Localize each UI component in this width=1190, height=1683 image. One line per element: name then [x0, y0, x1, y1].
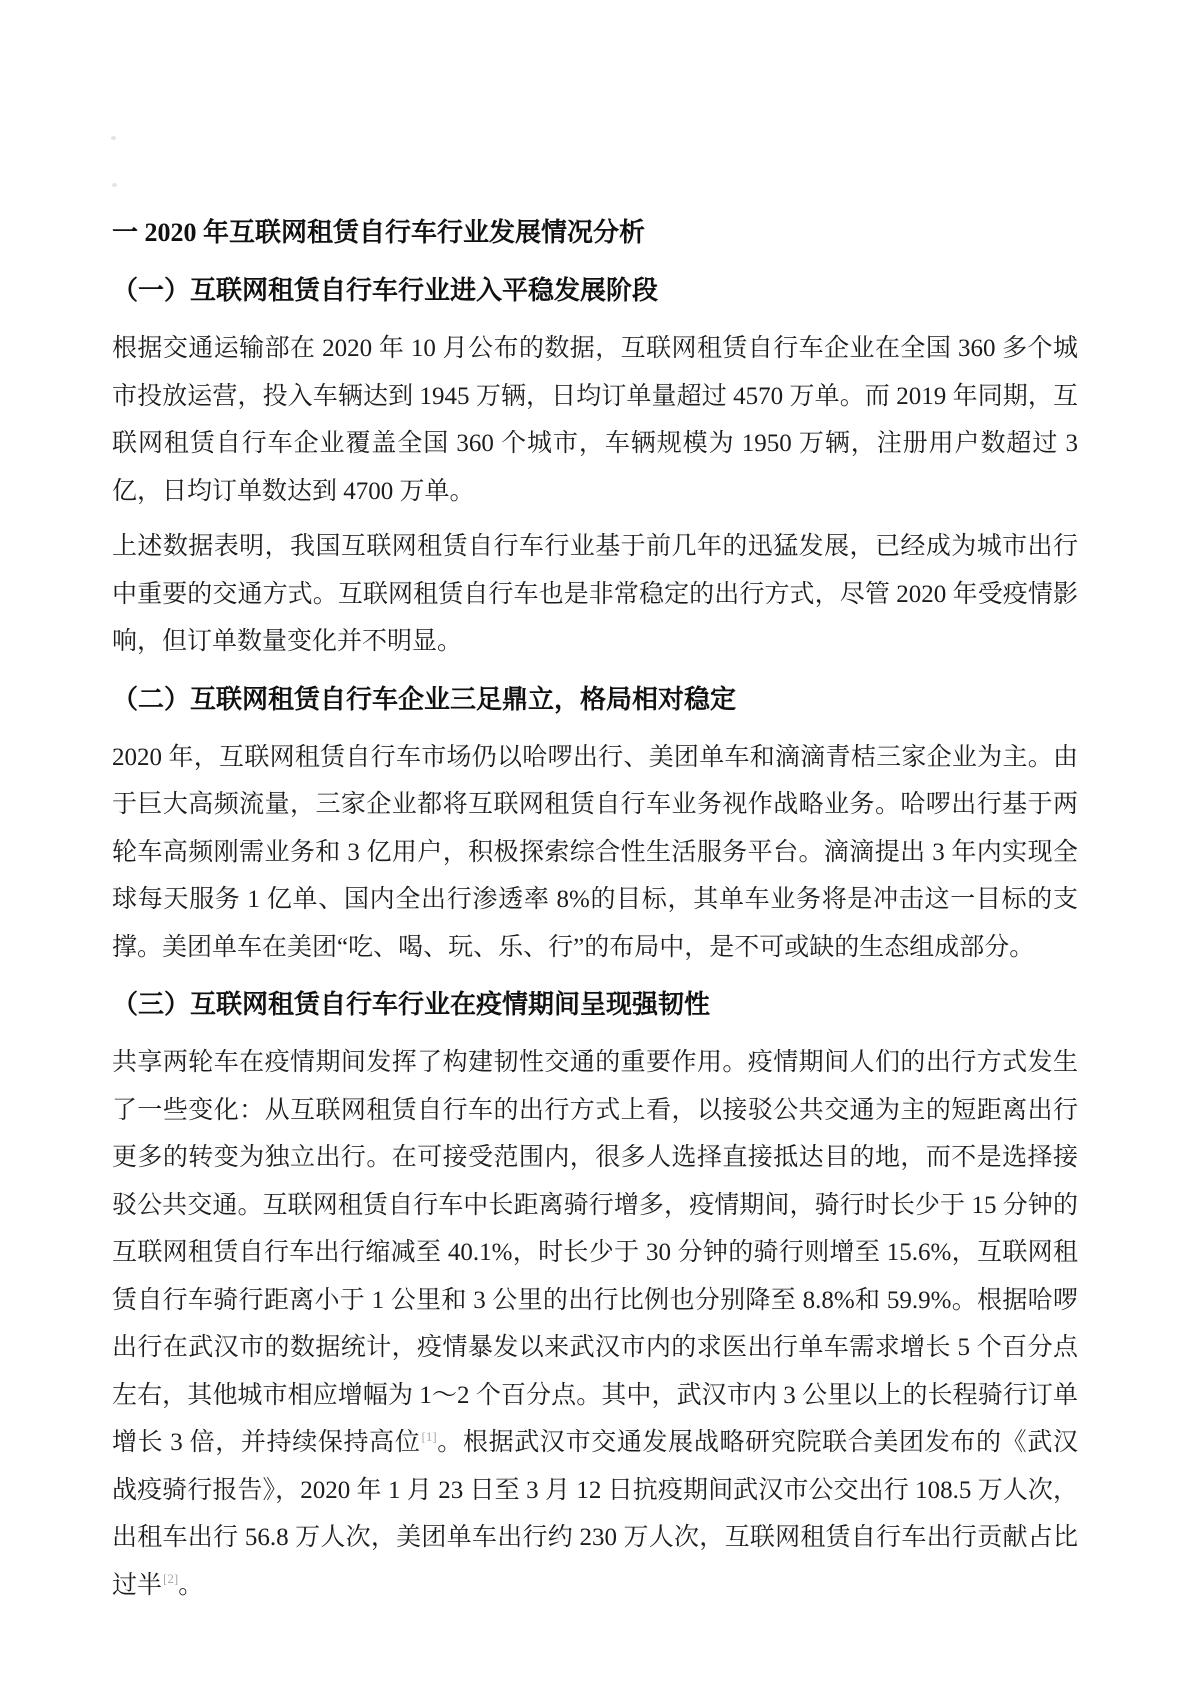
- document-content: 一 2020 年互联网租赁自行车行业发展情况分析 （一）互联网租赁自行车行业进入…: [112, 209, 1078, 1609]
- section-2-paragraph-1: 2020 年，互联网租赁自行车市场仍以哈啰出行、美团单车和滴滴青桔三家企业为主。…: [112, 734, 1078, 972]
- section-1-heading: （一）互联网租赁自行车行业进入平稳发展阶段: [112, 267, 1078, 315]
- footnote-ref-2: [2]: [163, 1571, 178, 1586]
- main-heading: 一 2020 年互联网租赁自行车行业发展情况分析: [112, 209, 1078, 257]
- scan-artifact-dot: [112, 183, 117, 187]
- document-page: 一 2020 年互联网租赁自行车行业发展情况分析 （一）互联网租赁自行车行业进入…: [0, 0, 1190, 1683]
- section-1-paragraph-2: 上述数据表明，我国互联网租赁自行车行业基于前几年的迅猛发展，已经成为城市出行中重…: [112, 523, 1078, 666]
- section-3-heading: （三）互联网租赁自行车行业在疫情期间呈现强韧性: [112, 981, 1078, 1029]
- paragraph-text: 共享两轮车在疫情期间发挥了构建韧性交通的重要作用。疫情期间人们的出行方式发生了一…: [112, 1049, 1078, 1456]
- paragraph-text: 。: [178, 1572, 203, 1599]
- footnote-ref-1: [1]: [421, 1429, 436, 1444]
- section-2-heading: （二）互联网租赁自行车企业三足鼎立，格局相对稳定: [112, 676, 1078, 724]
- scan-artifact-dot: [111, 136, 116, 140]
- section-3-paragraph-1: 共享两轮车在疫情期间发挥了构建韧性交通的重要作用。疫情期间人们的出行方式发生了一…: [112, 1039, 1078, 1609]
- section-1-paragraph-1: 根据交通运输部在 2020 年 10 月公布的数据，互联网租赁自行车企业在全国 …: [112, 325, 1078, 515]
